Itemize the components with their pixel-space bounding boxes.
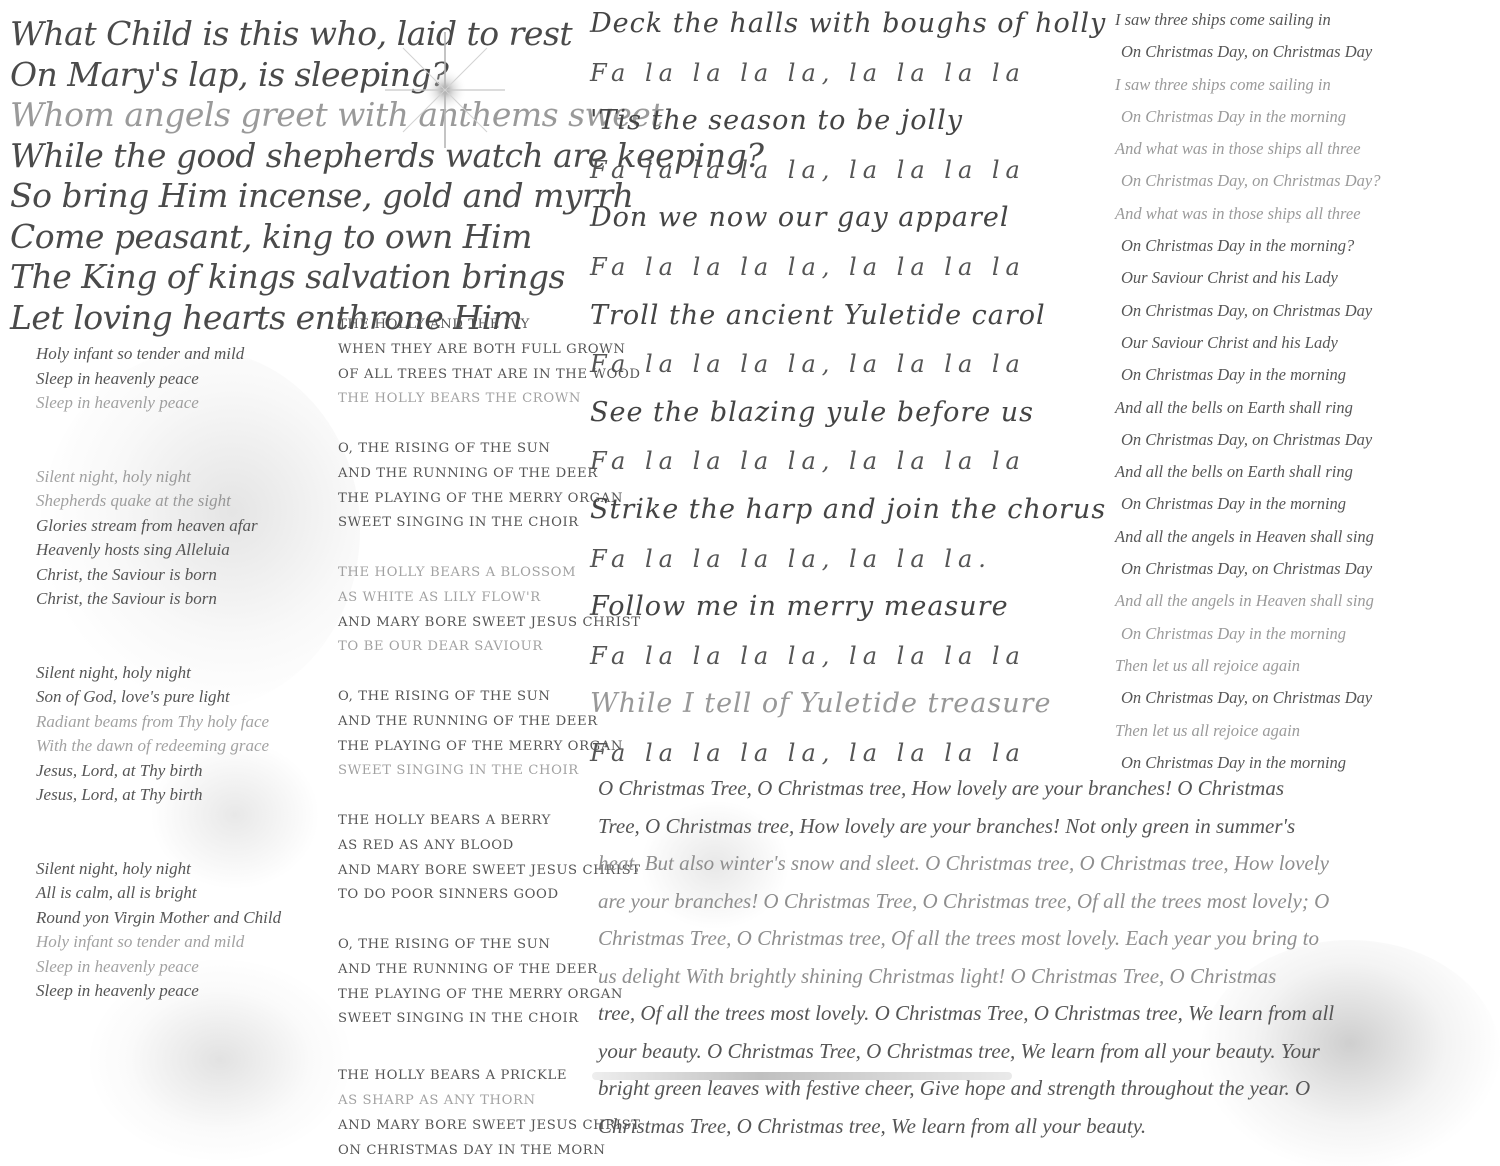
lyric-line: On Christmas Day, on Christmas Day	[1115, 295, 1500, 327]
lyric-line: Then let us all rejoice again	[1115, 650, 1500, 682]
lyric-line: The King of kings salvation brings	[10, 257, 610, 298]
lyric-line: heat, But also winter's snow and sleet. …	[598, 845, 1478, 883]
lyric-line: The holly bears a berry	[338, 809, 638, 834]
lyric-line: Christ, the Saviour is born	[36, 563, 356, 588]
lyric-line: Fa la la la la, la la la la	[590, 49, 1130, 98]
lyric-line: Sleep in heavenly peace	[36, 367, 356, 392]
lyric-line: Silent night, holy night	[36, 661, 356, 686]
lyric-line: Round yon Virgin Mother and Child	[36, 906, 356, 931]
lyric-line: Don we now our gay apparel	[590, 194, 1130, 243]
lyric-line: On Christmas Day in the morning	[1115, 618, 1500, 650]
lyric-line: Then let us all rejoice again	[1115, 715, 1500, 747]
lyric-line: 'Tis the season to be jolly	[590, 97, 1130, 146]
lyric-line: Fa la la la la, la la la la	[590, 437, 1130, 486]
lyric-line: Troll the ancient Yuletide carol	[590, 292, 1130, 341]
lyric-line: On Christmas Day in the morn	[338, 1139, 638, 1164]
lyric-line: Follow me in merry measure	[590, 583, 1130, 632]
lyric-line: And all the angels in Heaven shall sing	[1115, 521, 1500, 553]
lyric-line: Christ, the Saviour is born	[36, 587, 356, 612]
lyric-line: On Christmas Day, on Christmas Day	[1115, 553, 1500, 585]
lyric-line: The holly bears a prickle	[338, 1064, 638, 1089]
lyric-line: And the running of the deer	[338, 958, 638, 983]
lyric-line: Fa la la la la, la la la la	[590, 632, 1130, 681]
what-child-lyrics: What Child is this who, laid to rest On …	[10, 14, 610, 338]
lyric-line: Christmas Tree, O Christmas tree, We lea…	[598, 1108, 1478, 1146]
lyric-line: Deck the halls with boughs of holly	[590, 0, 1130, 49]
lyric-line: Come peasant, king to own Him	[10, 217, 610, 258]
lyric-line: With the dawn of redeeming grace	[36, 734, 356, 759]
lyric-line: Holy infant so tender and mild	[36, 930, 356, 955]
lyric-line: On Christmas Day, on Christmas Day	[1115, 36, 1500, 68]
lyric-line: bright green leaves with festive cheer, …	[598, 1070, 1478, 1108]
lyric-line: On Christmas Day, on Christmas Day?	[1115, 165, 1500, 197]
lyric-line: While the good shepherds watch are keepi…	[10, 136, 610, 177]
lyric-line: Jesus, Lord, at Thy birth	[36, 783, 356, 808]
lyric-line: Sleep in heavenly peace	[36, 979, 356, 1004]
lyric-line: your beauty. O Christmas Tree, O Christm…	[598, 1033, 1478, 1071]
lyric-line: And all the angels in Heaven shall sing	[1115, 585, 1500, 617]
lyric-line: On Christmas Day in the morning	[1115, 359, 1500, 391]
lyric-line: Heavenly hosts sing Alleluia	[36, 538, 356, 563]
lyric-line: To do poor sinners good	[338, 883, 638, 908]
lyric-line: The playing of the merry organ	[338, 983, 638, 1008]
lyric-line: Radiant beams from Thy holy face	[36, 710, 356, 735]
lyric-line: O Christmas Tree, O Christmas tree, How …	[598, 770, 1478, 808]
lyric-line: Our Saviour Christ and his Lady	[1115, 327, 1500, 359]
lyric-line: Silent night, holy night	[36, 857, 356, 882]
lyric-line: Fa la la la la, la la la.	[590, 535, 1130, 584]
lyric-line: Jesus, Lord, at Thy birth	[36, 759, 356, 784]
lyric-line: Shepherds quake at the sight	[36, 489, 356, 514]
lyric-line: O, the rising of the sun	[338, 933, 638, 958]
lyric-line: As red as any blood	[338, 834, 638, 859]
lyric-line: All is calm, all is bright	[36, 881, 356, 906]
lyric-line: On Christmas Day in the morning	[1115, 101, 1500, 133]
christmas-tree-lyrics: O Christmas Tree, O Christmas tree, How …	[598, 770, 1478, 1145]
lyric-line: And Mary bore sweet Jesus Christ	[338, 859, 638, 884]
lyric-line: And what was in those ships all three	[1115, 198, 1500, 230]
lyric-line: And all the bells on Earth shall ring	[1115, 456, 1500, 488]
lyric-line: Christmas Tree, O Christmas tree, Of all…	[598, 920, 1478, 958]
deck-the-halls-lyrics: Deck the halls with boughs of holly Fa l…	[590, 0, 1130, 778]
lyric-line: Silent night, holy night	[36, 465, 356, 490]
lyric-line: Strike the harp and join the chorus	[590, 486, 1130, 535]
lyric-line: Fa la la la la, la la la la	[590, 340, 1130, 389]
lyric-line: While I tell of Yuletide treasure	[590, 680, 1130, 729]
lyric-line: Our Saviour Christ and his Lady	[1115, 262, 1500, 294]
lyric-line: Son of God, love's pure light	[36, 685, 356, 710]
lyric-line: Fa la la la la, la la la la	[590, 243, 1130, 292]
lyric-line: tree, Of all the trees most lovely. O Ch…	[598, 995, 1478, 1033]
lyric-line: Tree, O Christmas tree, How lovely are y…	[598, 808, 1478, 846]
lyric-line: Sleep in heavenly peace	[36, 955, 356, 980]
lyric-line: On Christmas Day, on Christmas Day	[1115, 682, 1500, 714]
sparkle-icon	[385, 30, 505, 150]
lyric-line: Holy infant so tender and mild	[36, 342, 356, 367]
lyric-line: So bring Him incense, gold and myrrh	[10, 176, 610, 217]
three-ships-lyrics: I saw three ships come sailing in On Chr…	[1115, 4, 1500, 779]
lyric-line: Sleep in heavenly peace	[36, 391, 356, 416]
lyric-line: are your branches! O Christmas Tree, O C…	[598, 883, 1478, 921]
silent-night-lyrics: Holy infant so tender and mild Sleep in …	[36, 342, 356, 1004]
lyric-line: On Christmas Day, on Christmas Day	[1115, 424, 1500, 456]
lyric-line: As sharp as any thorn	[338, 1089, 638, 1114]
lyric-line: I saw three ships come sailing in	[1115, 4, 1500, 36]
lyric-line: And all the bells on Earth shall ring	[1115, 392, 1500, 424]
lyric-line: us delight With brightly shining Christm…	[598, 958, 1478, 996]
lyric-line: On Mary's lap, is sleeping?	[10, 55, 610, 96]
lyric-line: And Mary bore sweet Jesus Christ	[338, 1114, 638, 1139]
lyric-line: I saw three ships come sailing in	[1115, 69, 1500, 101]
lyric-line: What Child is this who, laid to rest	[10, 14, 610, 55]
lyric-line: Glories stream from heaven afar	[36, 514, 356, 539]
lyric-line: Sweet singing in the choir	[338, 1007, 638, 1032]
lyric-line: On Christmas Day in the morning	[1115, 488, 1500, 520]
lyric-line: Fa la la la la, la la la la	[590, 146, 1130, 195]
lyric-line: See the blazing yule before us	[590, 389, 1130, 438]
lyric-line: And what was in those ships all three	[1115, 133, 1500, 165]
lyric-line: Whom angels greet with anthems sweet	[10, 95, 610, 136]
lyric-line: On Christmas Day in the morning?	[1115, 230, 1500, 262]
